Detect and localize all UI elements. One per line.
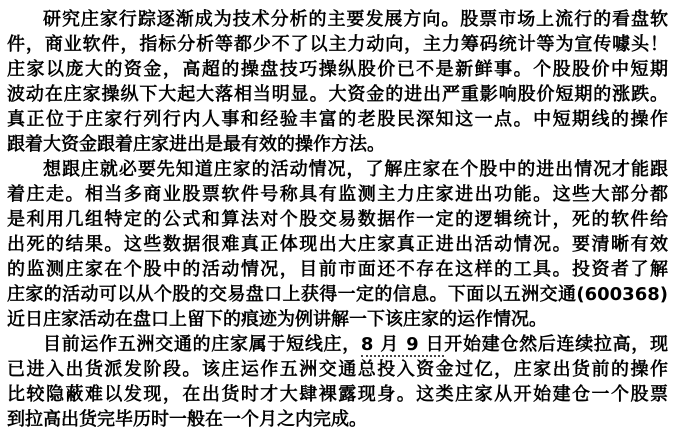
text-line: 是利用几组特定的公式和算法对个股交易数据作一定的逻辑统计，死的软件给 [7, 207, 668, 232]
text-line: 真正位于庄家行列行内人事和经验丰富的老股民深知这一点。中短期线的操作 [7, 107, 668, 132]
text-line: 着庄走。相当多商业股票软件号称具有监测主力庄家进出功能。这些大部分都 [7, 182, 668, 207]
document-page: 研究庄家行踪逐渐成为技术分析的主要发展方向。股票市场上流行的看盘软 件，商业软件… [0, 0, 675, 433]
text-line: 波动在庄家操纵下大起大落相当明显。大资金的进出严重影响股价短期的涨跌。 [7, 82, 668, 107]
text-line: 想跟庄就必要先知道庄家的活动情况，了解庄家在个股中的进出情况才能跟 [7, 157, 668, 182]
text-line: 近日庄家活动在盘口上留下的痕迹为例讲解一下该庄家的运作情况。 [7, 307, 668, 332]
text-line: 比较隐蔽难以发现，在出货时才大肆裸露现身。这类庄家从开始建仓一个股票 [7, 382, 668, 407]
text-line: 跟着大资金跟着庄家进出是最有效的操作方法。 [7, 132, 668, 157]
paragraph-3: 目前运作五洲交通的庄家属于短线庄，8 月 9 日开始建仓然后连续拉高，现 已进入… [7, 332, 668, 432]
text-line: 庄家以庞大的资金，高超的操盘技巧操纵股价已不是新鲜事。个股股价中短期 [7, 57, 668, 82]
text-line: 已进入出货派发阶段。该庄运作五洲交通总投入资金过亿，庄家出货前的操作 [7, 357, 668, 382]
text-line: 到拉高出货完毕历时一般在一个月之内完成。 [7, 407, 668, 432]
underlined-date: 8 月 9 日 [361, 334, 444, 357]
text-line: 庄家的活动可以从个股的交易盘口上获得一定的信息。下面以五洲交通(600368) [7, 282, 668, 307]
text-line: 研究庄家行踪逐渐成为技术分析的主要发展方向。股票市场上流行的看盘软 [7, 7, 668, 32]
text-line: 件，商业软件，指标分析等都少不了以主力动向，主力筹码统计等为宣传噱头！ [7, 32, 668, 57]
text-line: 目前运作五洲交通的庄家属于短线庄，8 月 9 日开始建仓然后连续拉高，现 [7, 332, 668, 357]
text-segment: 目前运作五洲交通的庄家属于短线庄， [43, 334, 361, 355]
paragraph-2: 想跟庄就必要先知道庄家的活动情况，了解庄家在个股中的进出情况才能跟 着庄走。相当… [7, 157, 668, 332]
text-segment: 开始建仓然后连续拉高，现 [444, 334, 668, 355]
text-line: 出死的结果。这些数据很难真正体现出大庄家真正进出活动情况。要清晰有效 [7, 232, 668, 257]
text-line: 的监测庄家在个股中的活动情况，目前市面还不存在这样的工具。投资者了解 [7, 257, 668, 282]
paragraph-1: 研究庄家行踪逐渐成为技术分析的主要发展方向。股票市场上流行的看盘软 件，商业软件… [7, 7, 668, 157]
